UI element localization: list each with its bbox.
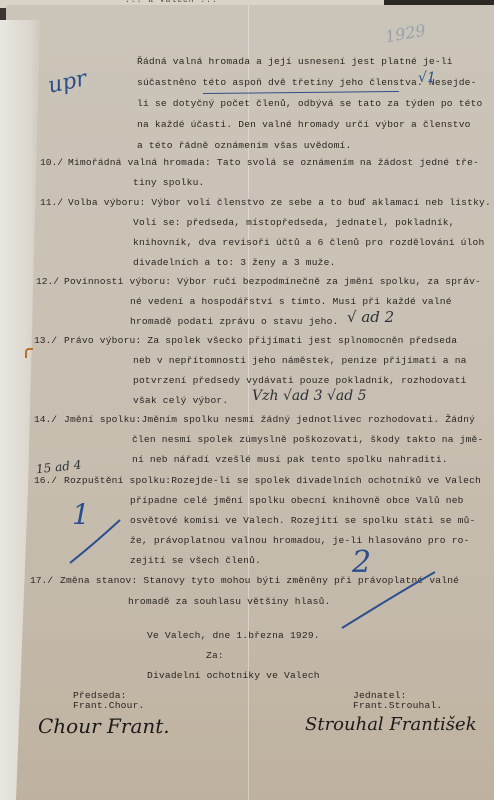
section-12-line-2: né vedení a hospodářství s tímto. Musí p… — [130, 296, 452, 307]
note-v1: √1 — [418, 70, 436, 86]
section-14-line-3: ní neb nářadí vzešlé musí pak tento spol… — [132, 454, 448, 465]
section-13-line-2: neb v nepřítomnosti jeho náměstek, peníz… — [133, 355, 467, 366]
section-17-line-2: hromadě za souhlasu většiny hlasů. — [128, 596, 331, 607]
intro-line-4: na každé účasti. Den valné hromady určí … — [137, 119, 471, 130]
right-signature: Strouhal František — [305, 714, 477, 735]
section-16-line-1: Rozpuštění spolku:Rozejde-li se spolek d… — [64, 475, 481, 486]
section-number-11: 11./ — [40, 197, 63, 208]
section-13-line-3: potvrzení předsedy vydávati pouze poklad… — [133, 375, 467, 386]
section-number-17: 17./ — [30, 575, 53, 586]
section-number-14: 14./ — [34, 414, 57, 425]
note-sec13: Vzh √ad 3 √ad 5 — [252, 388, 367, 404]
rust-staple-mark — [25, 348, 33, 358]
section-16-line-4: že, právoplatnou valnou hromadou, je-li … — [130, 535, 470, 546]
ink-stroke-sec16 — [65, 518, 125, 568]
intro-line-5: a této řádně oznámením všas uvědomí. — [137, 140, 351, 151]
section-number-10: 10./ — [40, 157, 63, 168]
section-13-line-4: však celý výbor. — [133, 395, 228, 406]
section-16-line-5: zejití se všech členů. — [130, 555, 261, 566]
section-12-line-1: Povinnosti výboru: Výbor ručí bezpodmíne… — [64, 276, 481, 287]
section-14-line-2: člen nesmí spolek zúmyslně poškozovati, … — [132, 434, 483, 445]
section-11-line-4: divadelních a to: 3 ženy a 3 muže. — [133, 257, 336, 268]
za-label: Za: — [206, 650, 224, 661]
section-16-line-3: osvětové komisi ve Valech. Rozejití se s… — [130, 515, 476, 526]
intro-line-1: Řádná valná hromada a její usnesení jest… — [137, 56, 453, 67]
place-and-date: Ve Valech, dne 1.března 1929. — [147, 630, 320, 641]
section-number-13: 13./ — [34, 335, 57, 346]
section-11-line-2: Volí se: předseda, místopředseda, jednat… — [133, 217, 455, 228]
section-11-line-3: knihovník, dva revisoři účtů a 6 členů p… — [133, 237, 484, 248]
section-10-line-1: Mimořádná valná hromada: Tato svolá se o… — [68, 157, 479, 168]
section-10-line-2: tiny spolku. — [133, 177, 205, 188]
right-signatory-name: Frant.Strouhal. — [353, 700, 442, 711]
section-11-line-1: Volba výboru: Výbor volí členstvo ze seb… — [68, 197, 491, 208]
section-number-16: 16./ — [34, 475, 57, 486]
section-12-line-3: hromadě podati zprávu o stavu jeho. — [130, 316, 339, 327]
ink-stroke-sec17 — [340, 570, 440, 630]
section-number-12: 12./ — [36, 276, 59, 287]
intro-line-3: li se dotyčný počet členů, odbývá se tat… — [137, 98, 483, 109]
left-signature: Chour Frant. — [38, 714, 170, 738]
section-13-line-1: Právo výboru: Za spolek všecko přijímati… — [64, 335, 457, 346]
section-16-line-2: případne celé jmění spolku obecní knihov… — [130, 495, 464, 506]
left-signatory-name: Frant.Chour. — [73, 700, 145, 711]
note-sec12: √ ad 2 — [347, 308, 394, 326]
organization-name: Divadelní ochotníky ve Valech — [147, 670, 320, 681]
section-14-line-1: Jmění spolku:Jměním spolku nesmí žádný j… — [64, 414, 475, 425]
